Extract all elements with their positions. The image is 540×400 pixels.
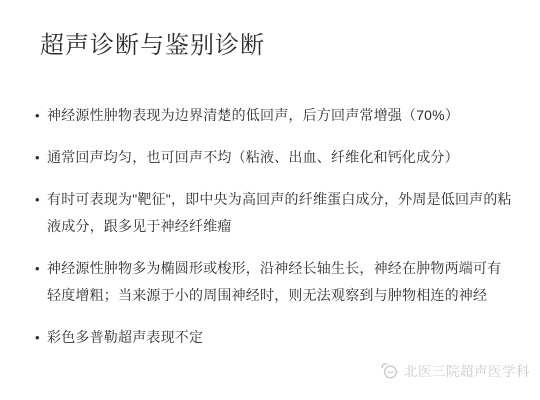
bullet-list: 神经源性肿物表现为边界清楚的低回声，后方回声常增强（70%） 通常回声均匀，也可… bbox=[35, 102, 513, 366]
bullet-item: 神经源性肿物多为椭圆形或梭形，沿神经长轴生长，神经在肿物两端可有轻度增粗；当来源… bbox=[35, 255, 513, 309]
bullet-dot-icon bbox=[35, 102, 40, 129]
logo-icon bbox=[380, 361, 399, 380]
bullet-item: 彩色多普勒超声表现不定 bbox=[35, 324, 513, 351]
bullet-text: 通常回声均匀，也可回声不均（粘液、出血、纤维化和钙化成分） bbox=[47, 149, 459, 165]
bullet-item: 神经源性肿物表现为边界清楚的低回声，后方回声常增强（70%） bbox=[35, 102, 513, 129]
bullet-dot-icon bbox=[35, 324, 40, 351]
bullet-dot-icon bbox=[35, 255, 40, 282]
page-title: 超声诊断与鉴别诊断 bbox=[40, 30, 265, 62]
bullet-text: 彩色多普勒超声表现不定 bbox=[47, 329, 203, 345]
watermark: 北医三院超声医学科 bbox=[380, 360, 530, 380]
bullet-text: 有时可表现为"靶征"，即中央为高回声的纤维蛋白成分，外周是低回声的粘液成分，跟多… bbox=[47, 191, 512, 234]
bullet-dot-icon bbox=[35, 186, 40, 213]
slide: 超声诊断与鉴别诊断 神经源性肿物表现为边界清楚的低回声，后方回声常增强（70%）… bbox=[0, 0, 540, 400]
bullet-item: 有时可表现为"靶征"，即中央为高回声的纤维蛋白成分，外周是低回声的粘液成分，跟多… bbox=[35, 186, 513, 240]
bullet-text: 神经源性肿物多为椭圆形或梭形，沿神经长轴生长，神经在肿物两端可有轻度增粗；当来源… bbox=[47, 260, 501, 303]
bullet-text: 神经源性肿物表现为边界清楚的低回声，后方回声常增强（70%） bbox=[47, 107, 459, 123]
bullet-dot-icon bbox=[35, 144, 40, 171]
bullet-item: 通常回声均匀，也可回声不均（粘液、出血、纤维化和钙化成分） bbox=[35, 144, 513, 171]
watermark-label: 北医三院超声医学科 bbox=[404, 360, 530, 380]
